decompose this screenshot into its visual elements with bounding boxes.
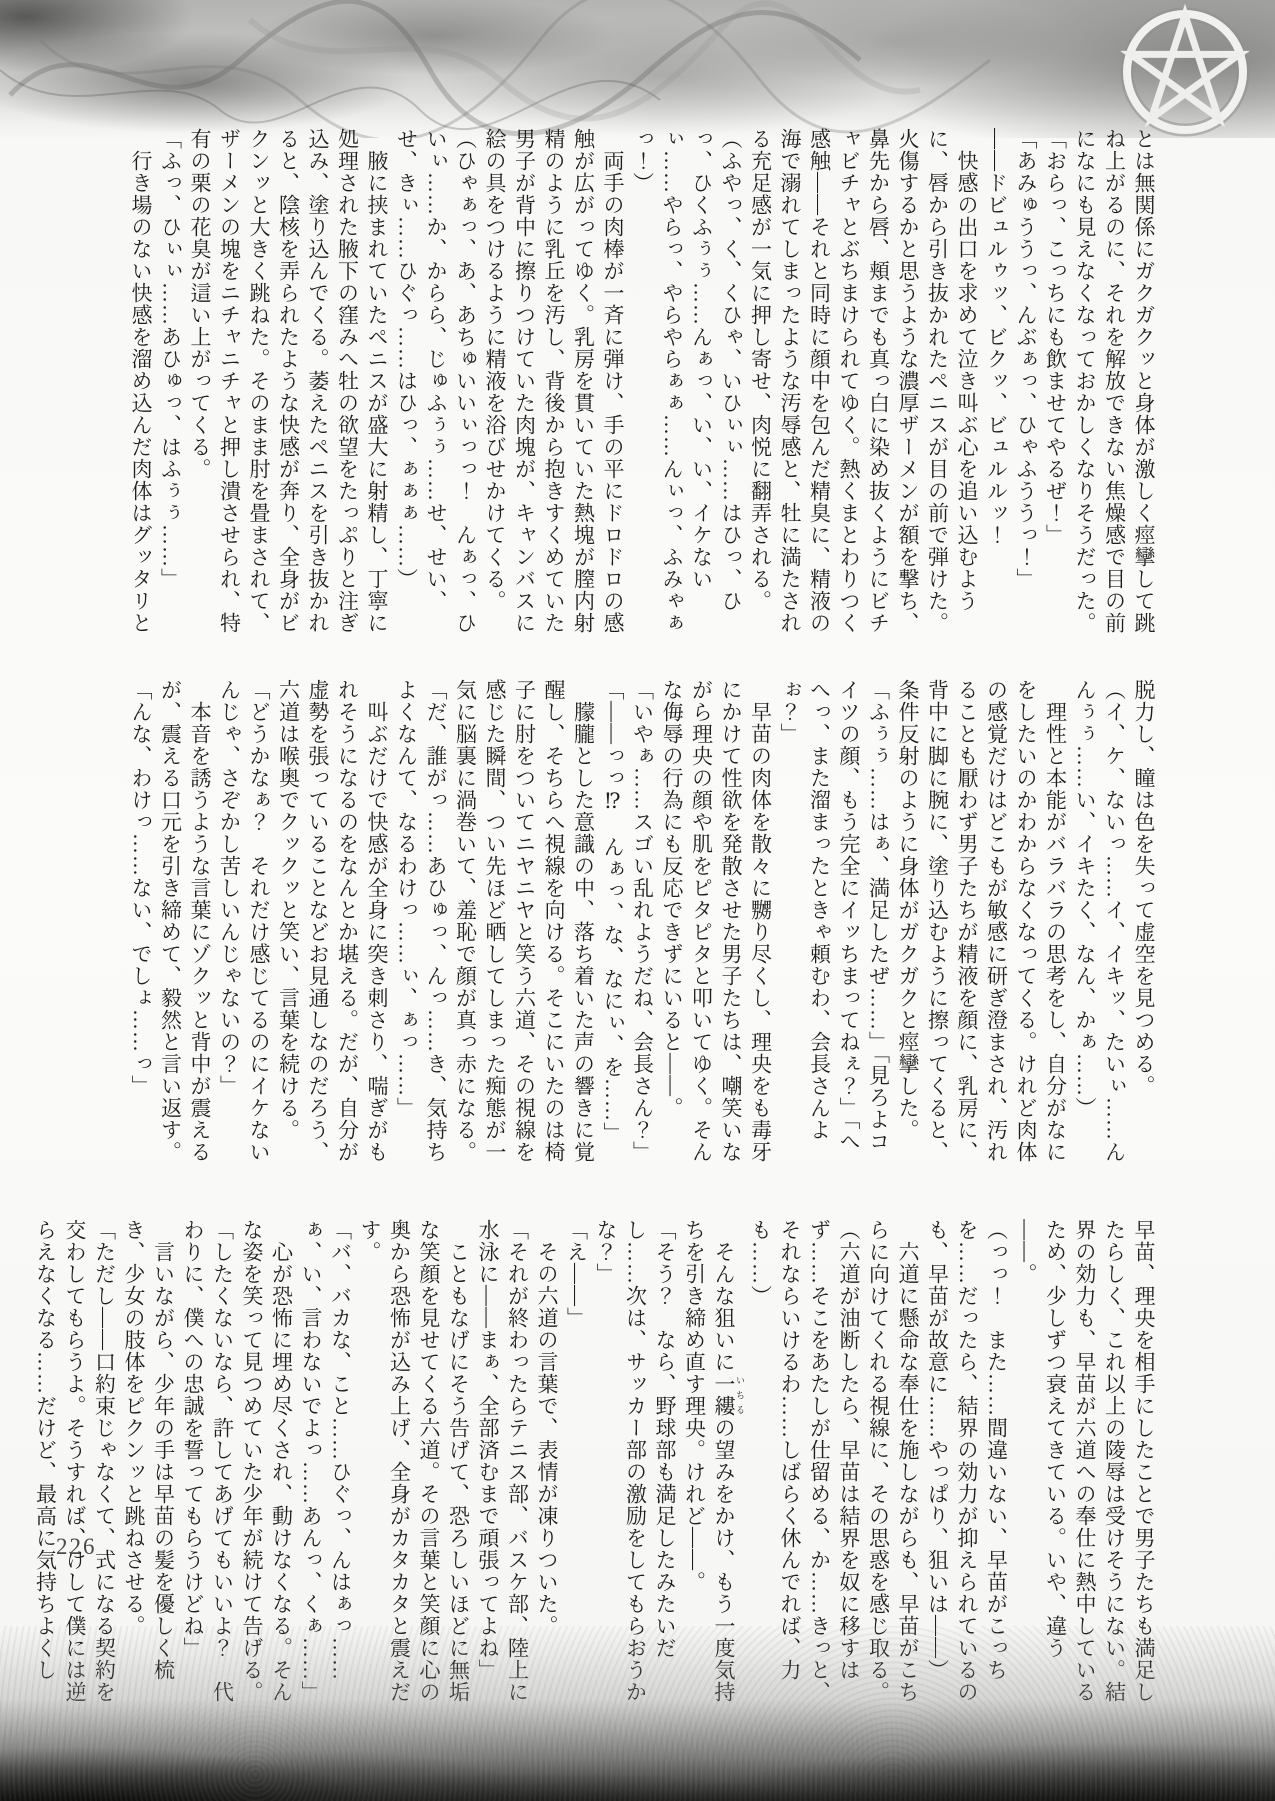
paragraph: 朦朧とした意識の中、落ち着いた声の響きに覚醒し、そちらへ視線を向ける。そこにいた… <box>450 679 598 1173</box>
paragraph: 両手の肉棒が一斉に弾け、手の平にドロドロの感触が広がってゆく。乳房を貫いていた熱… <box>480 128 628 646</box>
paragraph: 「ふっ、ひぃぃ……あひゅっ、はふぅぅ……」 <box>155 128 185 646</box>
paragraph: とは無関係にガクガクッと身体が激しく痙攣して跳ね上がるのに、それを解放できない焦… <box>1070 128 1159 646</box>
paragraph: 「だ、誰がっ……あひゅっ、んっ……き、気持ちよくなんて、なるわけっ……ぃ、ぁっ…… <box>391 679 450 1173</box>
pentagram-icon <box>1115 2 1255 142</box>
paragraph: 叫ぶだけで快感が全身に突き刺さり、喘ぎがもれそうになるのをなんとか堪える。だが、… <box>273 679 391 1173</box>
paragraph: ――ドビュルゥッ、ビクッ、ビュルルッ！ <box>981 128 1011 646</box>
pentagram-logo <box>1115 2 1255 142</box>
paragraph: 脱力し、瞳は色を失って虚空を見つめる。 <box>1129 679 1159 1173</box>
text-band-middle: 脱力し、瞳は色を失って虚空を見つめる。（イ、ケ、ないっ……イ、イキッ、たいぃ……… <box>126 679 1159 1173</box>
paragraph: 理性と本能がバラバラの思考をし、自分がなにをしたいのかわからなくなってくる。けれ… <box>893 679 1070 1173</box>
paragraph: 早苗の肉体を散々に嬲り尽くし、理央をも毒牙にかけて性欲を発散させた男子たちは、嘲… <box>657 679 775 1173</box>
paragraph: （ひゃぁっ、あ、あちゅいいぃっっ！ んぁっ、ひいぃ……か、からら、じゅふぅぅ……… <box>391 128 480 646</box>
paragraph: 「あみゅううっ、んぶぁっ、ひゃふううっ！」 <box>1011 128 1041 646</box>
paragraph: 本音を誘うような言葉にゾクッと背中が震えるが、震える口元を引き締めて、毅然と言い… <box>155 679 214 1173</box>
footer-shadow-band <box>0 1626 1275 1801</box>
paragraph: 「――っっ⁉ んぁっ、な、なにぃ、を……」 <box>598 679 628 1173</box>
calligraphy-swirls-icon <box>0 0 1275 138</box>
text-band-top: とは無関係にガクガクッと身体が激しく痙攣して跳ね上がるのに、それを解放できない焦… <box>126 128 1159 646</box>
paragraph: 腋に挟まれていたペニスが盛大に射精し、丁寧に処理された腋下の窪みへ牡の欲望をたっ… <box>185 128 392 646</box>
paragraph: 「いやぁ……スゴい乱れようだね、会長さん？」 <box>627 679 657 1173</box>
paragraph: 「おらっ、こっちにも飲ませてやるぜ！」 <box>1040 128 1070 646</box>
header-decorative-banner <box>0 0 1275 138</box>
paragraph: （イ、ケ、ないっ……イ、イキッ、たいぃ……んんぅぅ……い、イキたく、なん、かぁ…… <box>1070 679 1129 1173</box>
paragraph: 「どうかなぁ？ それだけ感じてるのにイケないんじゃ、さぞかし苦しいんじゃないの？… <box>214 679 273 1173</box>
paragraph: 「ふぅぅ……はぁ、満足したぜ……」「見ろよコイツの顔、もう完全にイッちまってねぇ… <box>775 679 893 1173</box>
page-number: 226 <box>56 1534 97 1560</box>
paragraph: 行き場のない快感を溜め込んだ肉体はグッタリと <box>126 128 156 646</box>
paragraph: 「んな、わけっ……ない、でしょ……っ」 <box>126 679 156 1173</box>
book-page: とは無関係にガクガクッと身体が激しく痙攣して跳ね上がるのに、それを解放できない焦… <box>0 0 1275 1801</box>
paragraph: 快感の出口を求めて泣き叫ぶ心を追い込むように、唇から引き抜かれたペニスが目の前で… <box>745 128 981 646</box>
paragraph: （ふやっ、く、くひゃ、いひぃぃ……はひっ、ひっ、ひくふぅぅ……んぁっ、い、い、イ… <box>627 128 745 646</box>
